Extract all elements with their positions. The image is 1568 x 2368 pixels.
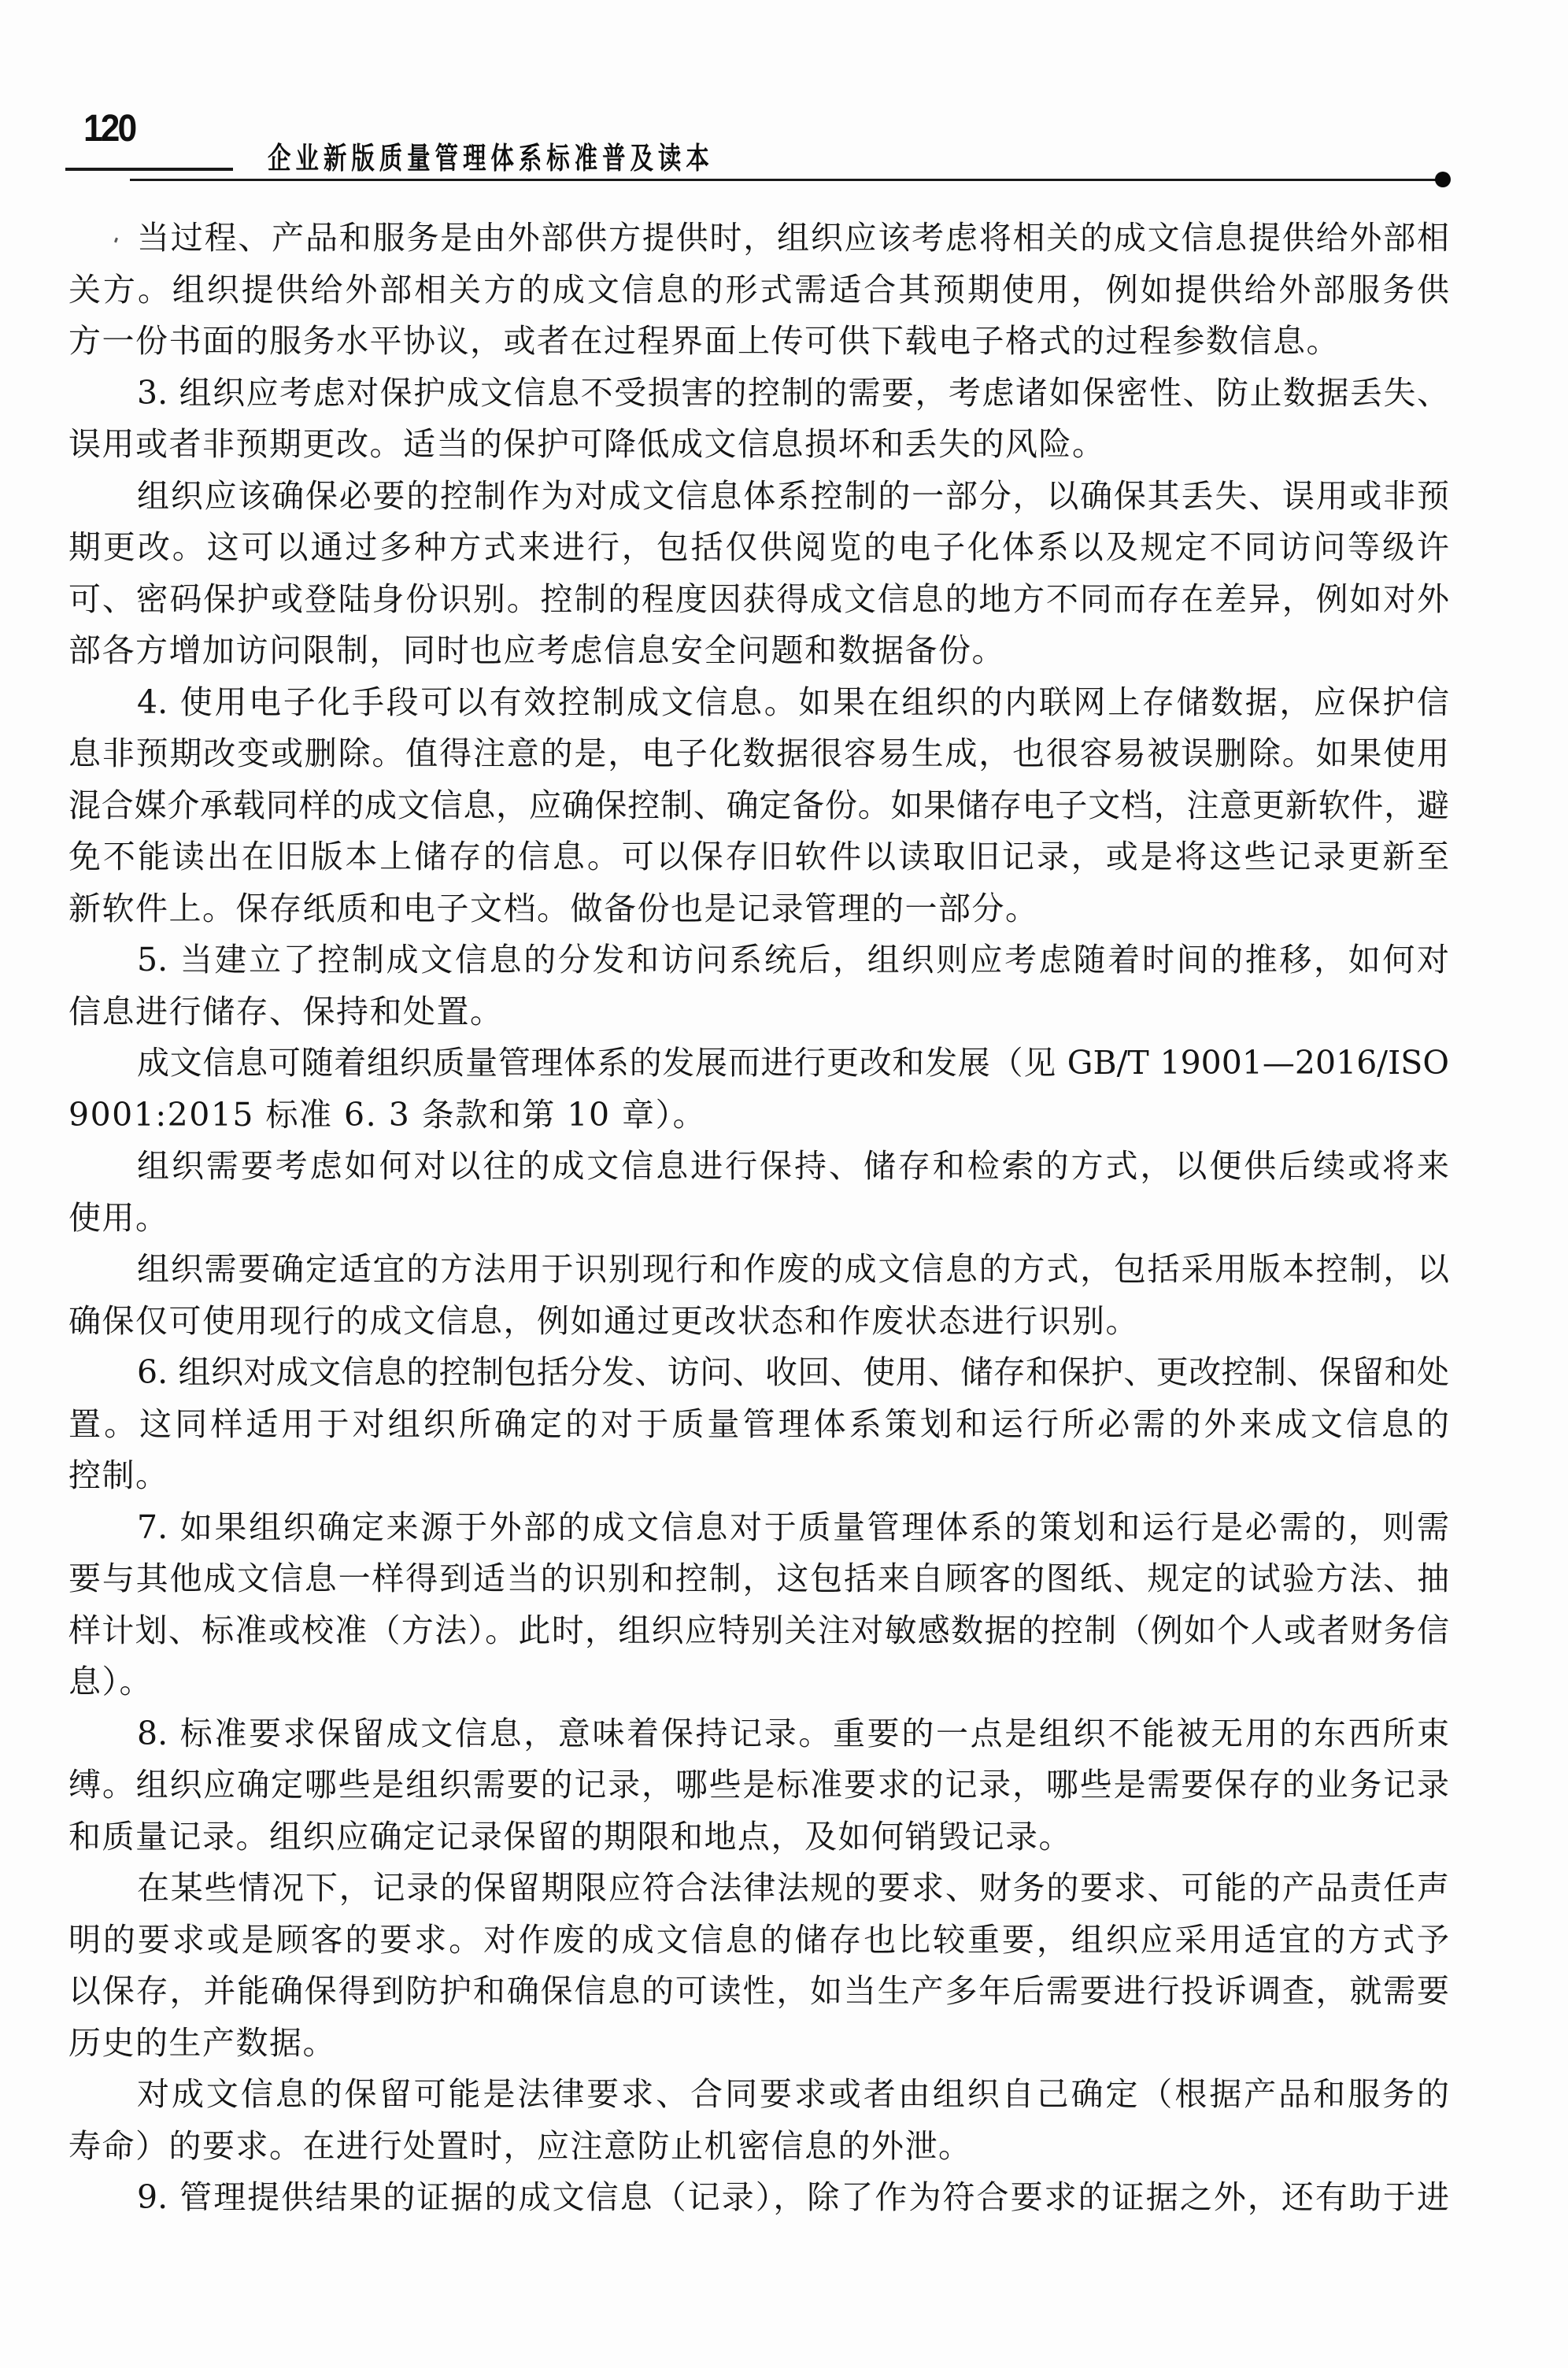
text-line: 以保存，并能确保得到防护和确保信息的可读性，如当生产多年后需要进行投诉调查，就需…	[68, 1971, 1449, 2011]
text-line: 当过程、产品和服务是由外部供方提供时，组织应该考虑将相关的成文信息提供给外部相	[137, 218, 1449, 257]
scan-speck	[114, 238, 118, 243]
text-line: 组织需要考虑如何对以往的成文信息进行保持、储存和检索的方式，以便供后续或将来	[137, 1146, 1449, 1186]
text-line: 误用或者非预期更改。适当的保护可降低成文信息损坏和丢失的风险。	[68, 424, 1449, 464]
page-number-underline	[65, 168, 233, 171]
text-line: 新软件上。保存纸质和电子文档。做备份也是记录管理的一部分。	[68, 889, 1449, 928]
text-line: 期更改。这可以通过多种方式来进行，包括仅供阅览的电子化体系以及规定不同访问等级许	[68, 527, 1449, 567]
text-line: 信息进行储存、保持和处置。	[68, 992, 1449, 1031]
page-number: 120	[83, 107, 135, 150]
text-line: 使用。	[68, 1198, 1449, 1238]
text-line: 组织需要确定适宜的方法用于识别现行和作废的成文信息的方式，包括采用版本控制，以	[137, 1249, 1449, 1289]
text-line: 4. 使用电子化手段可以有效控制成文信息。如果在组织的内联网上存储数据，应保护信	[137, 683, 1449, 722]
text-line: 明的要求或是顾客的要求。对作废的成文信息的储存也比较重要，组织应采用适宜的方式予	[68, 1920, 1449, 1959]
text-line: 方一份书面的服务水平协议，或者在过程界面上传可供下载电子格式的过程参数信息。	[68, 321, 1449, 361]
header-rule-end-dot	[1435, 172, 1451, 187]
text-line: 可、密码保护或登陆身份识别。控制的程度因获得成文信息的地方不同而存在差异，例如对…	[68, 579, 1449, 619]
book-page: 120 企业新版质量管理体系标准普及读本 当过程、产品和服务是由外部供方提供时，…	[0, 0, 1568, 2368]
text-line: 要与其他成文信息一样得到适当的识别和控制，这包括来自顾客的图纸、规定的试验方法、…	[68, 1559, 1449, 1598]
text-line: 6. 组织对成文信息的控制包括分发、访问、收回、使用、储存和保护、更改控制、保留…	[137, 1352, 1449, 1392]
text-line: 部各方增加访问限制，同时也应考虑信息安全问题和数据备份。	[68, 631, 1449, 670]
text-line: 8. 标准要求保留成文信息，意味着保持记录。重要的一点是组织不能被无用的东西所束	[137, 1714, 1449, 1753]
text-line: 息非预期改变或删除。值得注意的是，电子化数据很容易生成，也很容易被误删除。如果使…	[68, 734, 1449, 773]
text-line: 7. 如果组织确定来源于外部的成文信息对于质量管理体系的策划和运行是必需的，则需	[137, 1508, 1449, 1547]
text-line: 5. 当建立了控制成文信息的分发和访问系统后，组织则应考虑随着时间的推移，如何对	[137, 940, 1449, 979]
text-line: 9001:2015 标准 6. 3 条款和第 10 章）。	[68, 1095, 1449, 1134]
text-line: 和质量记录。组织应确定记录保留的期限和地点，及如何销毁记录。	[68, 1817, 1449, 1856]
text-line: 历史的生产数据。	[68, 2023, 1449, 2063]
text-line: 3. 组织应考虑对保护成文信息不受损害的控制的需要，考虑诸如保密性、防止数据丢失…	[137, 373, 1449, 413]
text-line: 息）。	[68, 1662, 1449, 1701]
header-rule	[130, 179, 1443, 181]
text-line: 缚。组织应确定哪些是组织需要的记录，哪些是标准要求的记录，哪些是需要保存的业务记…	[68, 1765, 1449, 1804]
text-line: 免不能读出在旧版本上储存的信息。可以保存旧软件以读取旧记录，或是将这些记录更新至	[68, 837, 1449, 876]
text-line: 9. 管理提供结果的证据的成文信息（记录），除了作为符合要求的证据之外，还有助于…	[137, 2177, 1449, 2217]
text-line: 样计划、标准或校准（方法）。此时，组织应特别关注对敏感数据的控制（例如个人或者财…	[68, 1611, 1449, 1650]
text-line: 控制。	[68, 1456, 1449, 1495]
running-title: 企业新版质量管理体系标准普及读本	[268, 135, 714, 173]
text-line: 组织应该确保必要的控制作为对成文信息体系控制的一部分，以确保其丢失、误用或非预	[137, 476, 1449, 516]
text-line: 确保仅可使用现行的成文信息，例如通过更改状态和作废状态进行识别。	[68, 1301, 1449, 1341]
text-line: 混合媒介承载同样的成文信息，应确保控制、确定备份。如果储存电子文档，注意更新软件…	[68, 786, 1449, 825]
text-line: 对成文信息的保留可能是法律要求、合同要求或者由组织自己确定（根据产品和服务的	[137, 2074, 1449, 2114]
text-line: 关方。组织提供给外部相关方的成文信息的形式需适合其预期使用，例如提供给外部服务供	[68, 270, 1449, 309]
text-line: 在某些情况下，记录的保留期限应符合法律法规的要求、财务的要求、可能的产品责任声	[137, 1868, 1449, 1907]
text-line: 置。这同样适用于对组织所确定的对于质量管理体系策划和运行所必需的外来成文信息的	[68, 1404, 1449, 1444]
text-line: 成文信息可随着组织质量管理体系的发展而进行更改和发展（见 GB/T 19001—…	[137, 1043, 1449, 1082]
text-line: 寿命）的要求。在进行处置时，应注意防止机密信息的外泄。	[68, 2126, 1449, 2166]
